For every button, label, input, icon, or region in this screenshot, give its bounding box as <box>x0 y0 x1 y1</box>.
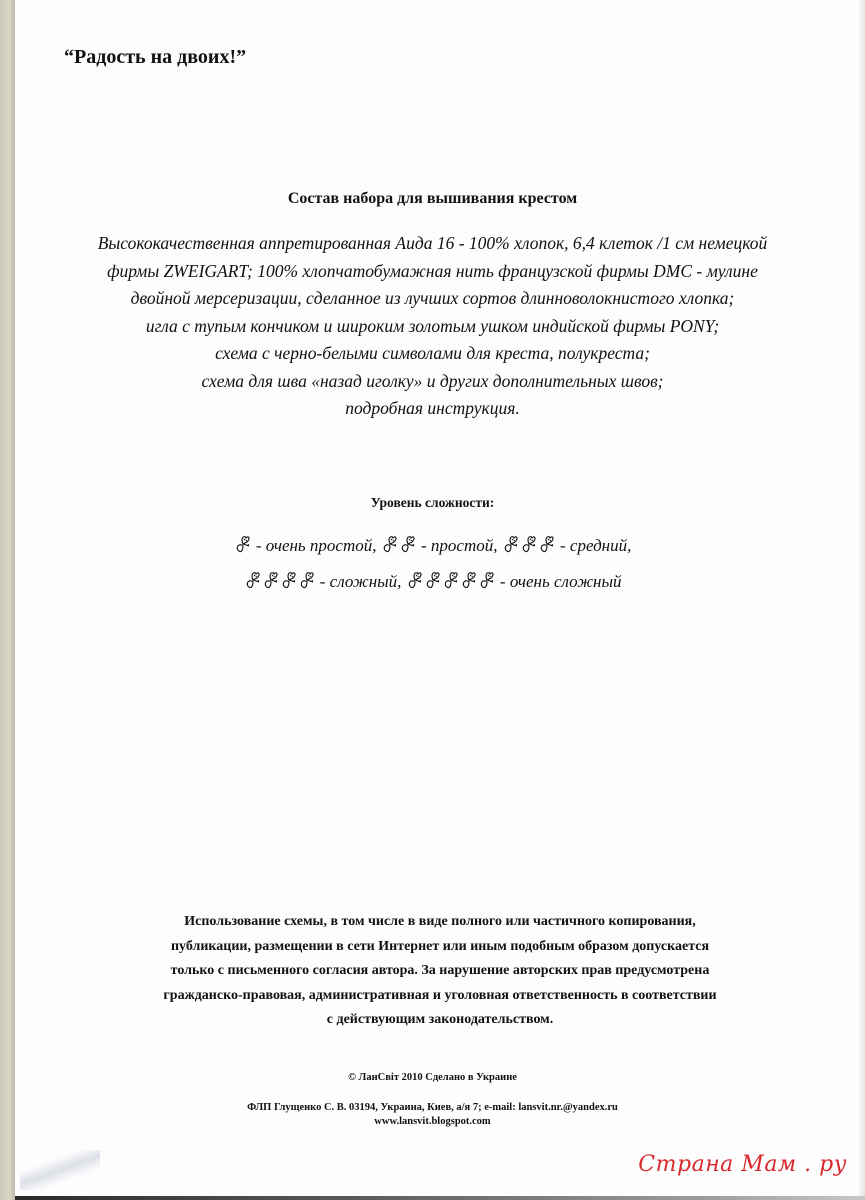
difficulty-label: - очень сложный <box>496 572 622 591</box>
copyright-notice-line: только с письменного согласия автора. За… <box>80 959 800 984</box>
butterfly-icon <box>460 567 478 587</box>
difficulty-level-easy: - простой, <box>381 536 502 555</box>
butterfly-icon <box>381 531 399 551</box>
difficulty-level-medium: - средний, <box>502 536 632 555</box>
kit-contents-line: игла с тупым кончиком и широким золотым … <box>40 313 825 341</box>
butterfly-icon <box>538 531 556 551</box>
butterfly-icon <box>442 567 460 587</box>
difficulty-label: - простой, <box>417 536 502 555</box>
difficulty-row: - очень простой, - простой, - средний, <box>0 528 865 564</box>
difficulty-label: - средний, <box>556 536 632 555</box>
kit-contents-line: двойной мерсеризации, сделанное из лучши… <box>40 285 825 313</box>
kit-contents-line: фирмы ZWEIGART; 100% хлопчатобумажная ни… <box>40 258 825 286</box>
butterfly-icon <box>262 567 280 587</box>
kit-contents-line: Высококачественная аппретированная Аида … <box>40 230 825 258</box>
butterfly-icon <box>244 567 262 587</box>
copyright-notice-line: с действующим законодательством. <box>80 1008 800 1033</box>
difficulty-row: - сложный, - очень сложный <box>0 564 865 600</box>
kit-contents-line: схема для шва «назад иголку» и других до… <box>40 368 825 396</box>
copyright-notice-line: публикации, размещении в сети Интернет и… <box>80 935 800 960</box>
website-link: www.lansvit.blogspot.com <box>0 1115 865 1129</box>
watermark-logo: Страна Мам . ру <box>638 1152 847 1177</box>
copyright-notice: Использование схемы, в том числе в виде … <box>80 910 800 1033</box>
difficulty-level-very-easy: - очень простой, <box>234 536 381 555</box>
butterfly-icon <box>424 567 442 587</box>
butterfly-icon <box>502 531 520 551</box>
footer-copyright: © ЛанСвіт 2010 Сделано в Украине <box>0 1072 865 1083</box>
copyright-notice-line: гражданско-правовая, административная и … <box>80 984 800 1009</box>
difficulty-level-hard: - сложный, <box>244 572 406 591</box>
butterfly-icon <box>478 567 496 587</box>
publisher-contact: ФЛП Глущенко С. В. 03194, Украина, Киев,… <box>0 1101 865 1115</box>
butterfly-icon <box>298 567 316 587</box>
kit-contents-line: подробная инструкция. <box>40 395 825 423</box>
butterfly-icon <box>280 567 298 587</box>
footer-contact: ФЛП Глущенко С. В. 03194, Украина, Киев,… <box>0 1101 865 1129</box>
difficulty-level-very-hard: - очень сложный <box>406 572 622 591</box>
butterfly-icon <box>520 531 538 551</box>
kit-contents-heading: Состав набора для вышивания крестом <box>0 190 865 208</box>
butterfly-icon <box>234 531 252 551</box>
kit-contents-text: Высококачественная аппретированная Аида … <box>40 230 825 423</box>
kit-contents-line: схема с черно-белыми символами для крест… <box>40 340 825 368</box>
copyright-notice-line: Использование схемы, в том числе в виде … <box>80 910 800 935</box>
butterfly-icon <box>399 531 417 551</box>
difficulty-heading: Уровень сложности: <box>0 495 865 511</box>
butterfly-icon <box>406 567 424 587</box>
difficulty-label: - очень простой, <box>252 536 381 555</box>
scan-shadow <box>20 1150 100 1190</box>
page-title: “Радость на двоих!” <box>64 46 246 69</box>
scan-left-edge <box>0 0 15 1200</box>
scan-bottom-edge <box>15 1196 865 1200</box>
difficulty-label: - сложный, <box>316 572 406 591</box>
difficulty-legend: - очень простой, - простой, - средний, -… <box>0 528 865 600</box>
